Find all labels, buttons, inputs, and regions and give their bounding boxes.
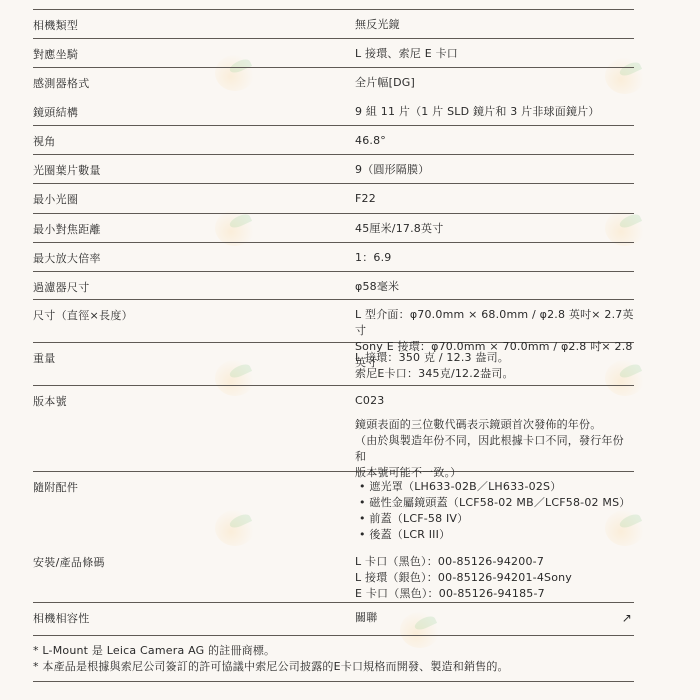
spec-row-camera-type: 相機類型 無反光鏡 (33, 9, 634, 38)
spec-value: φ58毫米 (355, 272, 634, 299)
spec-table: 相機類型 無反光鏡 對應坐騎 L 接環、索尼 E 卡口 感測器格式 全片幅[DG… (33, 9, 634, 631)
spec-label: 相機類型 (33, 10, 355, 38)
accessory-item: 磁性金屬鏡頭蓋（LCF58-02 MB／LCF58-02 MS） (359, 495, 634, 511)
spec-row-sensor-format: 感測器格式 全片幅[DG] (33, 67, 634, 96)
spec-row-min-focus-distance: 最小對焦距離 45厘米/17.8英寸 (33, 213, 634, 242)
spec-value: L 接環、索尼 E 卡口 (355, 39, 634, 67)
external-link-arrow-icon[interactable]: ↗ (622, 610, 632, 626)
spec-label: 版本號 (33, 386, 355, 471)
spec-value: L 接環：350 克 / 12.3 盎司。 索尼E卡口：345克/12.2盎司。 (355, 343, 634, 385)
spec-value: 9 組 11 片（1 片 SLD 鏡片和 3 片非球面鏡片） (355, 97, 634, 125)
spec-row-dimensions: 尺寸（直徑×長度） L 型介面：φ70.0mm × 68.0mm / φ2.8 … (33, 299, 634, 342)
spec-label: 隨附配件 (33, 472, 355, 546)
footnote-trademark: L-Mount 是 Leica Camera AG 的註冊商標。 (33, 643, 634, 659)
spec-value: 遮光罩（LH633-02B／LH633-02S） 磁性金屬鏡頭蓋（LCF58-0… (355, 472, 634, 546)
footnotes: L-Mount 是 Leica Camera AG 的註冊商標。 本產品是根據與… (33, 635, 634, 682)
spec-row-angle-of-view: 視角 46.8° (33, 125, 634, 154)
accessory-item: 遮光罩（LH633-02B／LH633-02S） (359, 479, 634, 495)
spec-value: 全片幅[DG] (355, 68, 634, 96)
spec-row-filter-size: 過濾器尺寸 φ58毫米 (33, 271, 634, 299)
spec-label: 最小對焦距離 (33, 214, 355, 242)
spec-value: L 型介面：φ70.0mm × 68.0mm / φ2.8 英吋× 2.7英寸 … (355, 300, 634, 342)
spec-label: 視角 (33, 126, 355, 154)
spec-row-aperture-blades: 光圈葉片數量 9（圓形隔膜） (33, 154, 634, 183)
spec-label: 鏡頭結構 (33, 97, 355, 125)
spec-row-lens-construction: 鏡頭結構 9 組 11 片（1 片 SLD 鏡片和 3 片非球面鏡片） (33, 96, 634, 125)
accessory-item: 前蓋（LCF-58 IV） (359, 511, 634, 527)
spec-row-min-aperture: 最小光圈 F22 (33, 183, 634, 213)
spec-label: 過濾器尺寸 (33, 272, 355, 299)
spec-label: 相機相容性 (33, 603, 355, 631)
spec-label: 重量 (33, 343, 355, 385)
spec-row-included-accessories: 隨附配件 遮光罩（LH633-02B／LH633-02S） 磁性金屬鏡頭蓋（LC… (33, 471, 634, 546)
spec-row-max-magnification: 最大放大倍率 1：6.9 (33, 242, 634, 271)
spec-label: 最小光圈 (33, 184, 355, 213)
spec-label: 光圈葉片數量 (33, 155, 355, 183)
spec-row-camera-compatibility: 相機相容性 關聯 ↗ (33, 602, 634, 631)
compatibility-link[interactable]: 關聯 ↗ (355, 603, 634, 631)
footnote-sony-license: 本產品是根據與索尼公司簽訂的許可協議中索尼公司披露的E卡口規格而開發、製造和銷售… (33, 659, 634, 675)
compatibility-link-label[interactable]: 關聯 (355, 610, 634, 626)
spec-value: 9（圓形隔膜） (355, 155, 634, 183)
spec-row-weight: 重量 L 接環：350 克 / 12.3 盎司。 索尼E卡口：345克/12.2… (33, 342, 634, 385)
spec-value: 45厘米/17.8英寸 (355, 214, 634, 242)
spec-value: 無反光鏡 (355, 10, 634, 38)
spec-value: 1：6.9 (355, 243, 634, 271)
spec-label: 尺寸（直徑×長度） (33, 300, 355, 342)
spec-label: 感測器格式 (33, 68, 355, 96)
spec-label: 對應坐騎 (33, 39, 355, 67)
spec-label: 安裝/產品條碼 (33, 547, 355, 602)
spec-value: F22 (355, 184, 634, 213)
spec-row-mount: 對應坐騎 L 接環、索尼 E 卡口 (33, 38, 634, 67)
spec-row-barcode: 安裝/產品條碼 L 卡口（黑色）：00-85126-94200-7 L 接環（銀… (33, 546, 634, 602)
spec-label: 最大放大倍率 (33, 243, 355, 271)
spec-value: L 卡口（黑色）：00-85126-94200-7 L 接環（銀色）：00-85… (355, 547, 634, 602)
spec-row-version-number: 版本號 C023 鏡頭表面的三位數代碼表示鏡頭首次發佈的年份。 （由於與製造年份… (33, 385, 634, 471)
accessory-list: 遮光罩（LH633-02B／LH633-02S） 磁性金屬鏡頭蓋（LCF58-0… (359, 479, 634, 543)
accessory-item: 後蓋（LCR III） (359, 527, 634, 543)
spec-value: C023 鏡頭表面的三位數代碼表示鏡頭首次發佈的年份。 （由於與製造年份不同，因… (355, 386, 634, 471)
spec-value: 46.8° (355, 126, 634, 154)
